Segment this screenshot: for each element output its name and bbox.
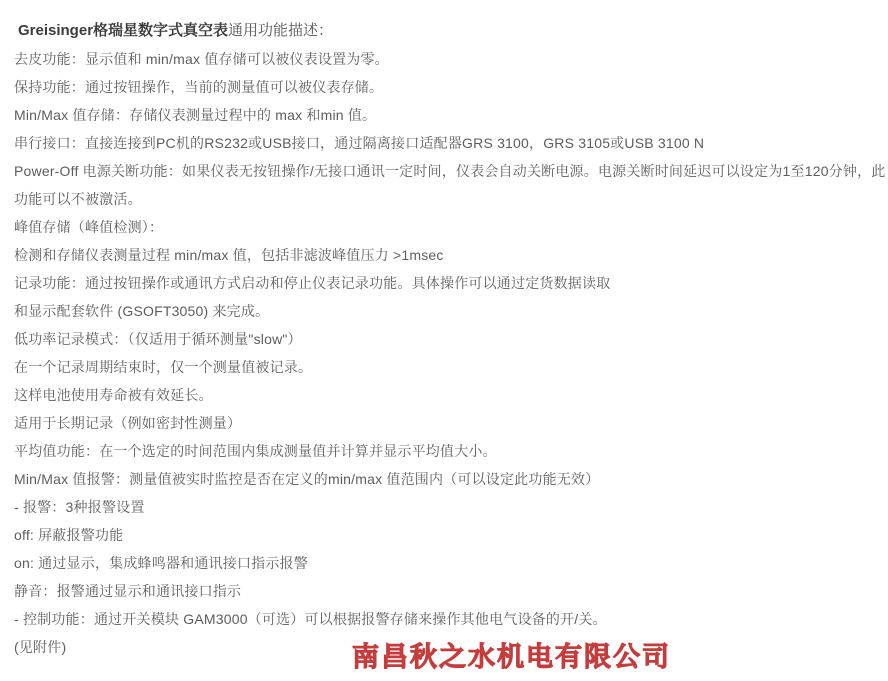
company-watermark: 南昌秋之水机电有限公司 [352,635,671,674]
feature-line-logging: 记录功能：通过按钮操作或通讯方式启动和停止仪表记录功能。具体操作可以通过定货数据… [14,269,880,297]
document-title-suffix: 通用功能描述： [228,22,333,39]
feature-line-peak-storage: 峰值存储（峰值检测）： [14,213,880,241]
feature-line-power-off: Power-Off 电源关断功能：如果仪表无按钮操作/无接口通讯一定时间，仪表会… [14,157,880,185]
feature-line-power-off-cont: 功能可以不被激活。 [14,185,880,213]
feature-line-minmax-alarm: Min/Max 值报警：测量值被实时监控是否在定义的min/max 值范围内（可… [14,465,880,493]
feature-line-alarm-on: on: 通过显示，集成蜂鸣器和通讯接口指示报警 [14,549,880,577]
feature-line-logging-cont: 和显示配套软件 (GSOFT3050) 来完成。 [14,297,880,325]
feature-line-alarm-off: off: 屏蔽报警功能 [14,521,880,549]
document-title: Greisinger格瑞星数字式真空表通用功能描述： [14,17,880,45]
product-description-document: Greisinger格瑞星数字式真空表通用功能描述： 去皮功能：显示值和 min… [0,0,888,681]
feature-line-average: 平均值功能：在一个选定的时间范围内集成测量值并计算并显示平均值大小。 [14,437,880,465]
feature-line-hold: 保持功能：通过按钮操作，当前的测量值可以被仪表存储。 [14,73,880,101]
feature-line-long-term: 适用于长期记录（例如密封性测量） [14,409,880,437]
feature-line-low-power-mode: 低功率记录模式：（仅适用于循环测量"slow"） [14,325,880,353]
feature-line-control-function: - 控制功能：通过开关模块 GAM3000（可选）可以根据报警存储来操作其他电气… [14,605,880,633]
feature-line-tare: 去皮功能：显示值和 min/max 值存储可以被仪表设置为零。 [14,45,880,73]
feature-line-minmax-storage: Min/Max 值存储：存储仪表测量过程中的 max 和min 值。 [14,101,880,129]
feature-line-serial-interface: 串行接口：直接连接到PC机的RS232或USB接口，通过隔离接口适配器GRS 3… [14,129,880,157]
feature-line-battery-life: 这样电池使用寿命被有效延长。 [14,381,880,409]
document-title-product-name: Greisinger格瑞星数字式真空表 [18,22,228,39]
feature-line-alarm-mute: 静音：报警通过显示和通讯接口指示 [14,577,880,605]
feature-line-alarm-settings: - 报警：3种报警设置 [14,493,880,521]
feature-line-peak-detect: 检测和存储仪表测量过程 min/max 值，包括非滤波峰值压力 >1msec [14,241,880,269]
feature-line-low-power-detail: 在一个记录周期结束时，仅一个测量值被记录。 [14,353,880,381]
